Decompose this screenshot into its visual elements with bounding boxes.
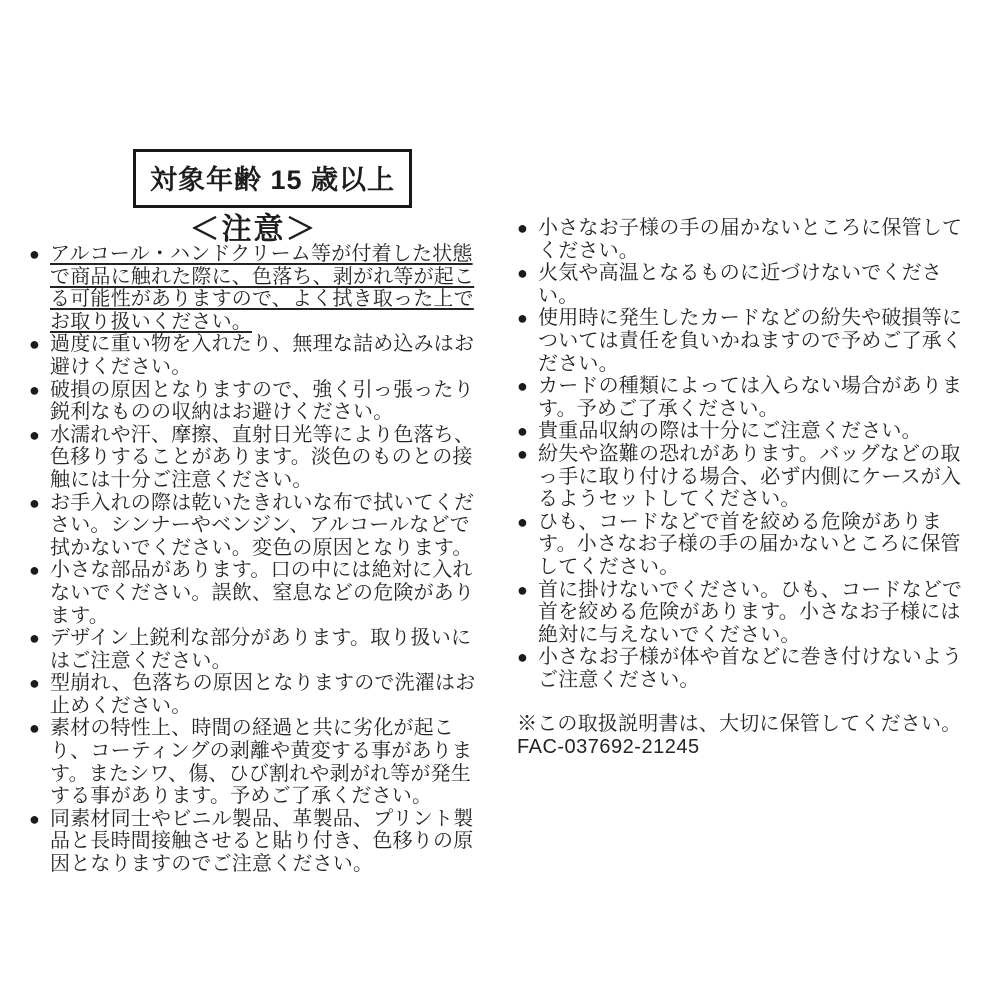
caution-item: ● 素材の特性上、時間の経過と共に劣化が起こり、コーティングの剥離や黄変する事が… [29,717,479,807]
bullet-icon: ● [517,443,538,466]
caution-item-text: アルコール・ハンドクリーム等が付着した状態で商品に触れた際に、色落ち、剥がれ等が… [50,243,479,333]
bullet-icon: ● [29,808,50,831]
age-restriction-label: 対象年齢 15 歳以上 [150,165,395,195]
caution-item: ● 水濡れや汗、摩擦、直射日光等により色落ち、色移りすることがあります。淡色のも… [29,424,479,492]
caution-item-text: 素材の特性上、時間の経過と共に劣化が起こり、コーティングの剥離や黄変する事があり… [50,717,479,807]
caution-item: ● 小さな部品があります。口の中には絶対に入れないでください。誤飲、窒息などの危… [29,559,479,627]
caution-item: ● 小さなお子様が体や首などに巻き付けないようご注意ください。 [517,646,967,691]
caution-item-text: 紛失や盗難の恐れがあります。バッグなどの取っ手に取り付ける場合、必ず内側にケース… [538,443,967,511]
caution-item-text: 貴重品収納の際は十分にご注意ください。 [538,420,967,443]
caution-item: ● 首に掛けないでください。ひも、コードなどで首を絞める危険があります。小さなお… [517,579,967,647]
caution-item: ● 貴重品収納の際は十分にご注意ください。 [517,420,967,443]
caution-item: ● 火気や高温となるものに近づけないでください。 [517,262,967,307]
bullet-icon: ● [29,379,50,402]
caution-item-text: ひも、コードなどで首を絞める危険があります。小さなお子様の手の届かないところに保… [538,511,967,579]
caution-item-text: 小さなお子様が体や首などに巻き付けないようご注意ください。 [538,646,967,691]
bullet-icon: ● [517,375,538,398]
caution-heading: ＜注意＞ [30,204,477,248]
bullet-icon: ● [29,717,50,740]
bullet-icon: ● [517,420,538,443]
bullet-icon: ● [29,333,50,356]
bullet-icon: ● [517,307,538,330]
caution-item: ● 紛失や盗難の恐れがあります。バッグなどの取っ手に取り付ける場合、必ず内側にケ… [517,443,967,511]
document-footer: ※この取扱説明書は、大切に保管してください。 FAC-037692-21245 [517,713,967,758]
bullet-icon: ● [517,579,538,602]
caution-item: ● 使用時に発生したカードなどの紛失や破損等については責任を負いかねますので予め… [517,307,967,375]
caution-item-text: 過度に重い物を入れたり、無理な詰め込みはお避けください。 [50,333,479,378]
caution-column-left: ● アルコール・ハンドクリーム等が付着した状態で商品に触れた際に、色落ち、剥がれ… [29,243,479,876]
bullet-icon: ● [517,511,538,534]
caution-item-text: 首に掛けないでください。ひも、コードなどで首を絞める危険があります。小さなお子様… [538,579,967,647]
caution-item-text: 破損の原因となりますので、強く引っ張ったり鋭利なものの収納はお避けください。 [50,379,479,424]
bullet-icon: ● [29,243,50,266]
caution-item-text: 小さなお子様の手の届かないところに保管してください。 [538,217,967,262]
product-code: FAC-037692-21245 [517,736,967,759]
caution-item: ● ひも、コードなどで首を絞める危険があります。小さなお子様の手の届かないところ… [517,511,967,579]
keep-manual-note: ※この取扱説明書は、大切に保管してください。 [517,713,967,736]
bullet-icon: ● [517,646,538,669]
caution-column-right: ● 小さなお子様の手の届かないところに保管してください。 ● 火気や高温となるも… [517,217,967,759]
bullet-icon: ● [517,262,538,285]
caution-item: ● 小さなお子様の手の届かないところに保管してください。 [517,217,967,262]
caution-list-right: ● 小さなお子様の手の届かないところに保管してください。 ● 火気や高温となるも… [517,217,967,691]
instruction-sheet: 対象年齢 15 歳以上 ＜注意＞ ● アルコール・ハンドクリーム等が付着した状態… [0,0,1000,1000]
caution-item-text: 型崩れ、色落ちの原因となりますので洗濯はお止めください。 [50,672,479,717]
caution-item: ● デザイン上鋭利な部分があります。取り扱いにはご注意ください。 [29,627,479,672]
caution-item: ● 型崩れ、色落ちの原因となりますので洗濯はお止めください。 [29,672,479,717]
bullet-icon: ● [29,627,50,650]
bullet-icon: ● [517,217,538,240]
bullet-icon: ● [29,672,50,695]
caution-item-text: カードの種類によっては入らない場合があります。予めご了承ください。 [538,375,967,420]
caution-item: ● 破損の原因となりますので、強く引っ張ったり鋭利なものの収納はお避けください。 [29,379,479,424]
caution-item: ● 過度に重い物を入れたり、無理な詰め込みはお避けください。 [29,333,479,378]
bullet-icon: ● [29,492,50,515]
caution-item: ● お手入れの際は乾いたきれいな布で拭いてください。シンナーやベンジン、アルコー… [29,492,479,560]
caution-list-left: ● アルコール・ハンドクリーム等が付着した状態で商品に触れた際に、色落ち、剥がれ… [29,243,479,876]
caution-item: ● カードの種類によっては入らない場合があります。予めご了承ください。 [517,375,967,420]
caution-item-text: 水濡れや汗、摩擦、直射日光等により色落ち、色移りすることがあります。淡色のものと… [50,424,479,492]
age-restriction-box: 対象年齢 15 歳以上 [133,149,412,208]
bullet-icon: ● [29,424,50,447]
caution-item-text: お手入れの際は乾いたきれいな布で拭いてください。シンナーやベンジン、アルコールな… [50,492,479,560]
caution-item-text: デザイン上鋭利な部分があります。取り扱いにはご注意ください。 [50,627,479,672]
caution-item-text: 小さな部品があります。口の中には絶対に入れないでください。誤飲、窒息などの危険が… [50,559,479,627]
caution-item: ● 同素材同士やビニル製品、革製品、プリント製品と長時間接触させると貼り付き、色… [29,808,479,876]
bullet-icon: ● [29,559,50,582]
caution-item-text: 火気や高温となるものに近づけないでください。 [538,262,967,307]
caution-item-text: 同素材同士やビニル製品、革製品、プリント製品と長時間接触させると貼り付き、色移り… [50,808,479,876]
caution-item: ● アルコール・ハンドクリーム等が付着した状態で商品に触れた際に、色落ち、剥がれ… [29,243,479,333]
caution-item-text: 使用時に発生したカードなどの紛失や破損等については責任を負いかねますので予めご了… [538,307,967,375]
